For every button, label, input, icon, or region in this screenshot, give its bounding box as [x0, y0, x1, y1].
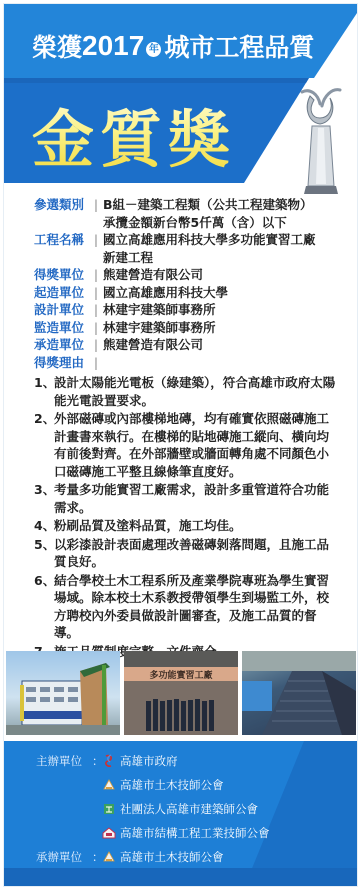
- field-separator: |: [89, 354, 103, 372]
- field-label: 承造單位: [34, 336, 89, 354]
- organizer-name: 高雄市結構工程工業技師公會: [120, 825, 270, 841]
- award-reasons-list: 1、 設計太陽能光電板（綠建築），符合高雄市政府太陽能光電設置要求。 2、 外部…: [34, 374, 339, 661]
- field-value: B組－建築工程類（公共工程建築物）: [103, 196, 354, 214]
- field-label: 得獎理由: [34, 354, 89, 372]
- field-separator: |: [89, 231, 103, 266]
- field-label: 參選類別: [34, 196, 89, 231]
- title-prefix: 榮獲: [32, 28, 82, 64]
- field-value: 林建宇建築師事務所: [103, 319, 354, 337]
- organizer-name: 社團法人高雄市建築師公會: [120, 801, 258, 817]
- co-organizer-name: 高雄市土木技師公會: [120, 849, 224, 865]
- field-separator: |: [89, 319, 103, 337]
- title-year: 2017: [82, 30, 144, 62]
- field-separator: |: [89, 336, 103, 354]
- field-value: 國立高雄應用科技大學: [103, 284, 354, 302]
- organizer-label: 主辦單位: [36, 753, 92, 769]
- group-photo-entrance: 多功能實習工廠: [124, 651, 238, 735]
- list-item: 1、 設計太陽能光電板（綠建築），符合高雄市政府太陽能光電設置要求。: [34, 374, 339, 409]
- field-separator: |: [89, 266, 103, 284]
- reason-number: 4、: [34, 517, 54, 535]
- reason-number: 2、: [34, 410, 54, 480]
- field-winner: 得獎單位 | 熊建營造有限公司: [34, 266, 354, 284]
- organizer-row: 高雄市結構工程工業技師公會: [102, 821, 336, 845]
- field-contractor: 承造單位 | 熊建營造有限公司: [34, 336, 354, 354]
- field-category: 參選類別 | B組－建築工程類（公共工程建築物） 承攬金額新台幣5仟萬（含）以下: [34, 196, 354, 231]
- list-item: 5、 以彩漆設計表面處理改善磁磚剝落問題，且施工品質良好。: [34, 536, 339, 571]
- structural-engineers-association-logo-icon: [102, 826, 116, 840]
- field-label: 工程名稱: [34, 231, 89, 266]
- reason-number: 5、: [34, 536, 54, 571]
- title-line: 榮獲 2017 年 城市工程品質: [32, 28, 314, 64]
- organizers-footer: 主辦單位 ： 高雄市政府 高雄市土木技師公會 社團法人高雄市建築師公會: [4, 741, 358, 887]
- list-item: 2、 外部磁磚或內部樓梯地磚，均有確實依照磁磚施工計畫書來執行。在樓梯的貼地磚施…: [34, 410, 339, 480]
- reason-text: 外部磁磚或內部樓梯地磚，均有確實依照磁磚施工計畫書來執行。在樓梯的貼地磚施工縱向…: [54, 410, 339, 480]
- field-value: [103, 354, 354, 372]
- title-text: 城市工程品質: [164, 28, 314, 64]
- field-label: 起造單位: [34, 284, 89, 302]
- field-value-line2: 新建工程: [103, 249, 354, 267]
- organizer-row: 主辦單位 ： 高雄市政府: [36, 749, 336, 773]
- project-info: 參選類別 | B組－建築工程類（公共工程建築物） 承攬金額新台幣5仟萬（含）以下…: [34, 196, 354, 371]
- field-value: 熊建營造有限公司: [103, 266, 354, 284]
- reason-number: 1、: [34, 374, 54, 409]
- reason-text: 結合學校土木工程系所及產業學院專班為學生實習場域。除本校土木系教授帶領學生到場監…: [54, 572, 339, 642]
- reason-text: 考量多功能實習工廠需求，設計多重管道符合功能需求。: [54, 481, 339, 516]
- reason-number: 6、: [34, 572, 54, 642]
- co-organizer-label: 承辦單位: [36, 849, 92, 865]
- reason-number: 3、: [34, 481, 54, 516]
- civil-engineers-association-logo-icon: [102, 778, 116, 792]
- award-poster: 榮獲 2017 年 城市工程品質 金質獎 參選類別 | B組－建築工程類（公共工…: [3, 3, 358, 887]
- field-value: 國立高雄應用科技大學多功能實習工廠: [103, 231, 354, 249]
- photo-strip: 多功能實習工廠: [6, 651, 356, 735]
- field-project-name: 工程名稱 | 國立高雄應用科技大學多功能實習工廠 新建工程: [34, 231, 354, 266]
- reason-text: 粉刷品質及塗料品質，施工均佳。: [54, 517, 339, 535]
- field-separator: |: [89, 196, 103, 231]
- field-label: 得獎單位: [34, 266, 89, 284]
- reason-text: 以彩漆設計表面處理改善磁磚剝落問題，且施工品質良好。: [54, 536, 339, 571]
- organizer-row: 高雄市土木技師公會: [102, 773, 336, 797]
- field-value: 林建宇建築師事務所: [103, 301, 354, 319]
- award-name: 金質獎: [32, 90, 236, 179]
- field-supervisor: 監造單位 | 林建宇建築師事務所: [34, 319, 354, 337]
- field-separator: |: [89, 284, 103, 302]
- field-separator: |: [89, 301, 103, 319]
- organizer-list: 主辦單位 ： 高雄市政府 高雄市土木技師公會 社團法人高雄市建築師公會: [36, 749, 336, 869]
- architects-association-logo-icon: [102, 802, 116, 816]
- list-item: 3、 考量多功能實習工廠需求，設計多重管道符合功能需求。: [34, 481, 339, 516]
- kaohsiung-city-government-logo-icon: [102, 754, 116, 768]
- building-exterior-photo: [6, 651, 120, 735]
- field-label: 設計單位: [34, 301, 89, 319]
- year-suffix-badge: 年: [146, 42, 161, 57]
- organizer-row: 社團法人高雄市建築師公會: [102, 797, 336, 821]
- trophy-icon: [296, 86, 346, 196]
- rebar-construction-photo: [242, 651, 356, 735]
- organizer-name: 高雄市土木技師公會: [120, 777, 224, 793]
- field-value: 熊建營造有限公司: [103, 336, 354, 354]
- field-owner: 起造單位 | 國立高雄應用科技大學: [34, 284, 354, 302]
- field-reasons: 得獎理由 |: [34, 354, 354, 372]
- field-label: 監造單位: [34, 319, 89, 337]
- svg-text:多功能實習工廠: 多功能實習工廠: [149, 669, 212, 681]
- civil-engineers-association-logo-icon: [102, 850, 116, 864]
- organizer-name: 高雄市政府: [120, 753, 178, 769]
- list-item: 4、 粉刷品質及塗料品質，施工均佳。: [34, 517, 339, 535]
- list-item: 6、 結合學校土木工程系所及產業學院專班為學生實習場域。除本校土木系教授帶領學生…: [34, 572, 339, 642]
- field-value-line2: 承攬金額新台幣5仟萬（含）以下: [103, 214, 354, 232]
- co-organizer-row: 承辦單位 ： 高雄市土木技師公會: [36, 845, 336, 869]
- reason-text: 設計太陽能光電板（綠建築），符合高雄市政府太陽能光電設置要求。: [54, 374, 339, 409]
- field-designer: 設計單位 | 林建宇建築師事務所: [34, 301, 354, 319]
